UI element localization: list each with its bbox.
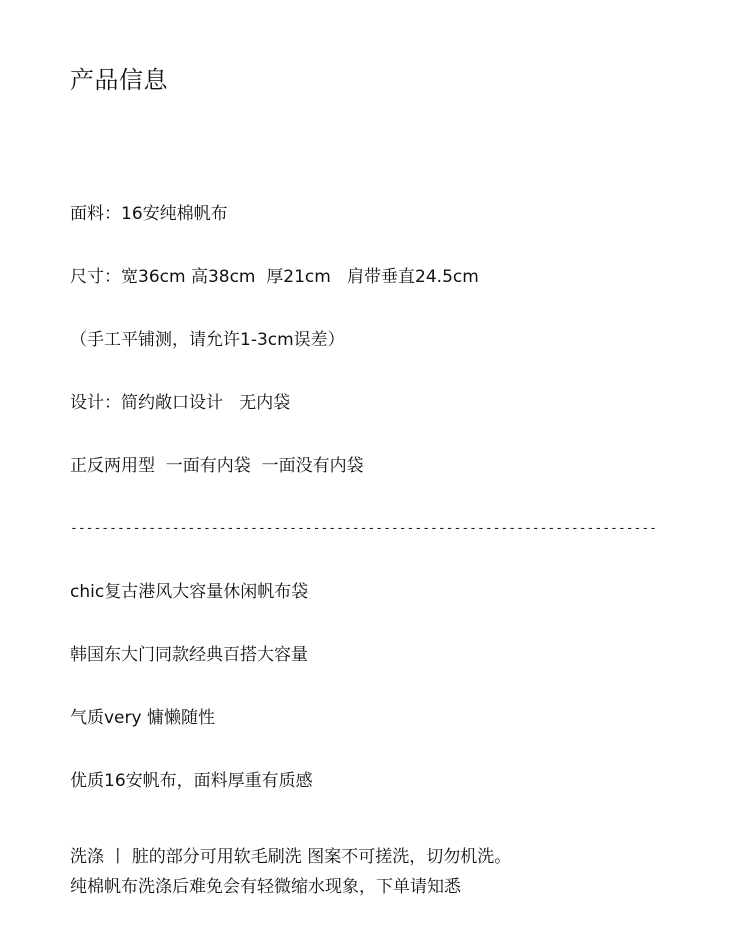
feature-item: 韩国东大门同款经典百搭大容量 <box>70 643 308 667</box>
feature-item: 气质very 慵懒随性 <box>70 706 215 730</box>
feature-item: chic复古港风大容量休闲帆布袋 <box>70 580 308 604</box>
care-shrinkage-note: 纯棉帆布洗涤后难免会有轻微缩水现象，下单请知悉 <box>70 875 461 899</box>
spec-size: 尺寸：宽36cm 高38cm 厚21cm 肩带垂直24.5cm <box>70 265 479 289</box>
spec-measure-note: （手工平铺测，请允许1-3cm误差） <box>70 328 345 352</box>
spec-design: 设计：简约敞口设计 无内袋 <box>70 391 290 415</box>
care-instructions: 洗涤 丨 脏的部分可用软毛刷洗 图案不可搓洗，切勿机洗。 <box>70 845 511 869</box>
spec-fabric: 面料：16安纯棉帆布 <box>70 202 228 226</box>
feature-item: 优质16安帆布，面料厚重有质感 <box>70 769 313 793</box>
divider: ----------------------------------------… <box>70 521 657 537</box>
spec-reversible: 正反两用型 一面有内袋 一面没有内袋 <box>70 454 364 478</box>
page-title: 产品信息 <box>70 64 168 96</box>
